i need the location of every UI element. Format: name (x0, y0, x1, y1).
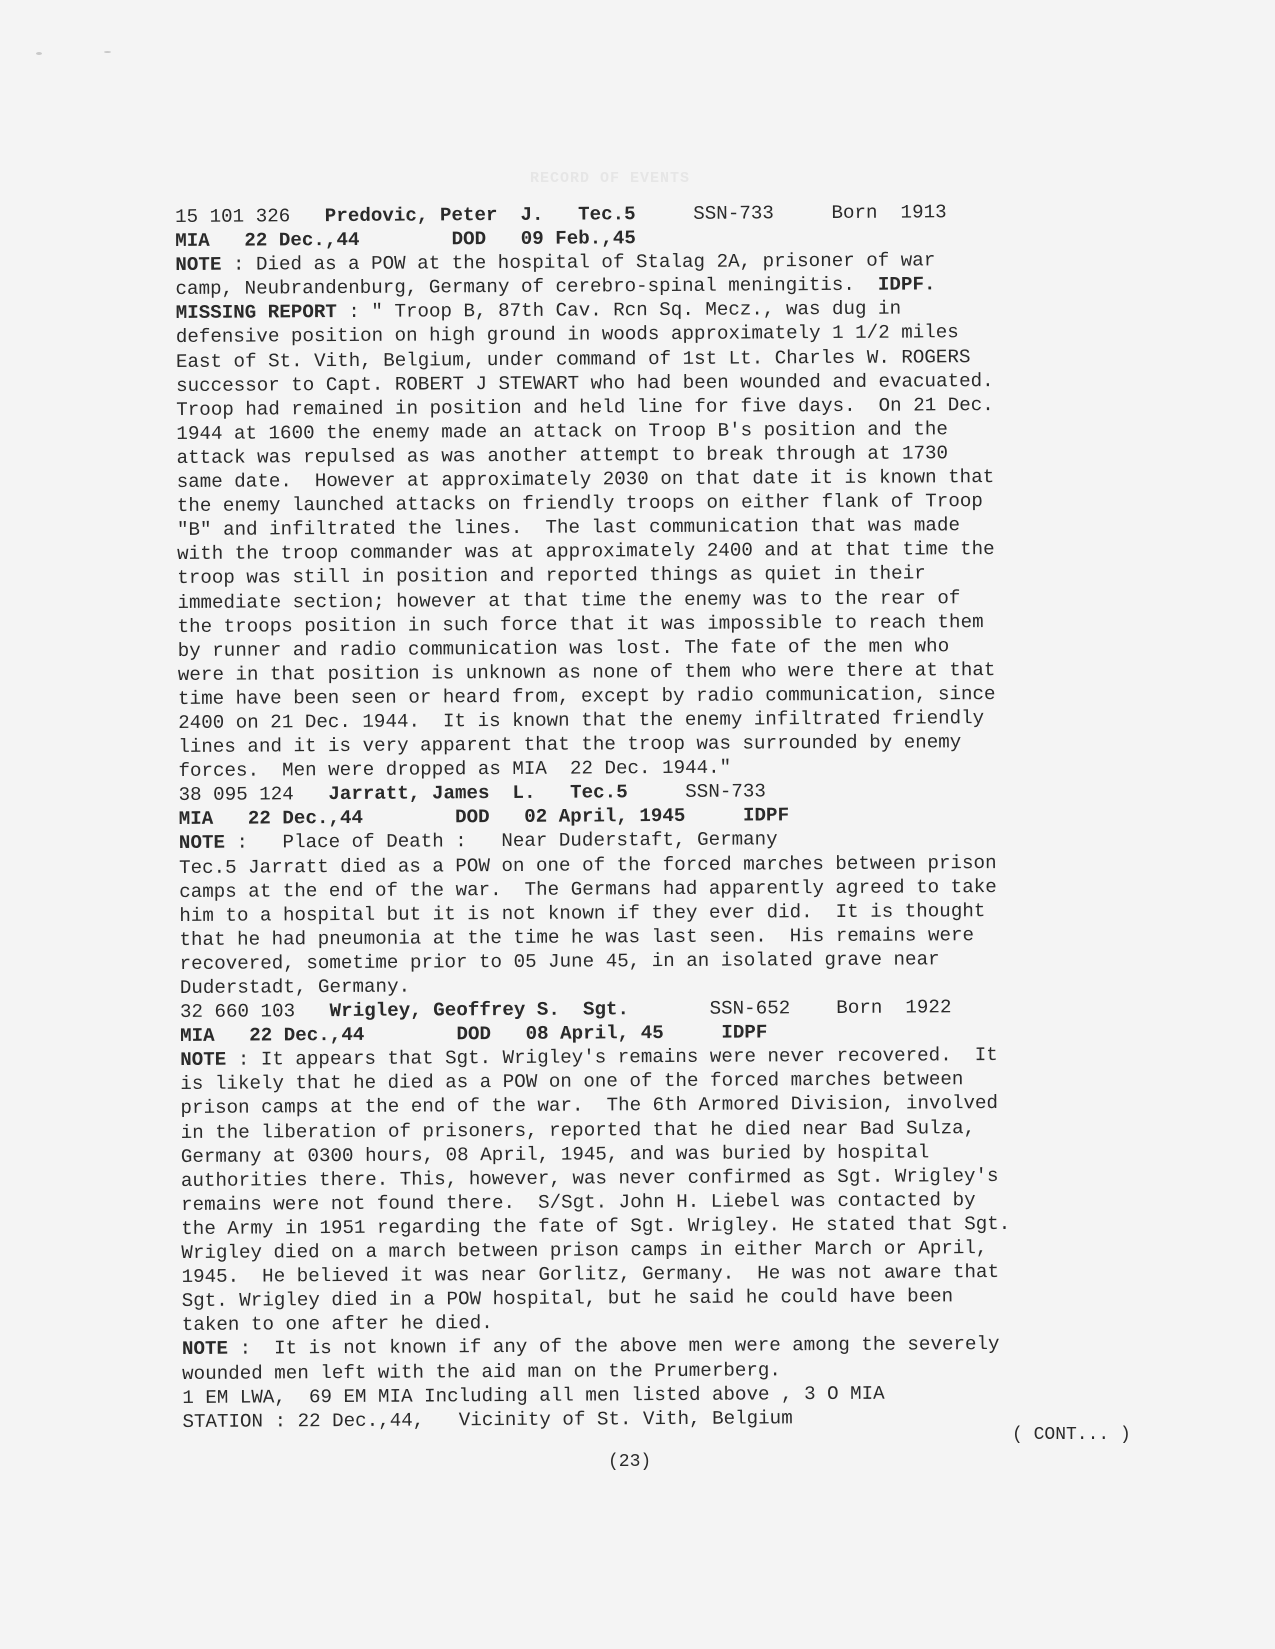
bleed-through-heading: RECORD OF EVENTS (530, 170, 690, 187)
scan-speck (104, 51, 111, 53)
scan-speck (36, 52, 42, 55)
page-number: (23) (608, 1452, 651, 1472)
continued-marker: ( CONT... ) (1012, 1425, 1131, 1445)
document-body: 15 101 326 Predovic, Peter J. Tec.5 SSN-… (175, 199, 1102, 1433)
station-line: STATION : 22 Dec.,44, Vicinity of St. Vi… (182, 1404, 1102, 1434)
